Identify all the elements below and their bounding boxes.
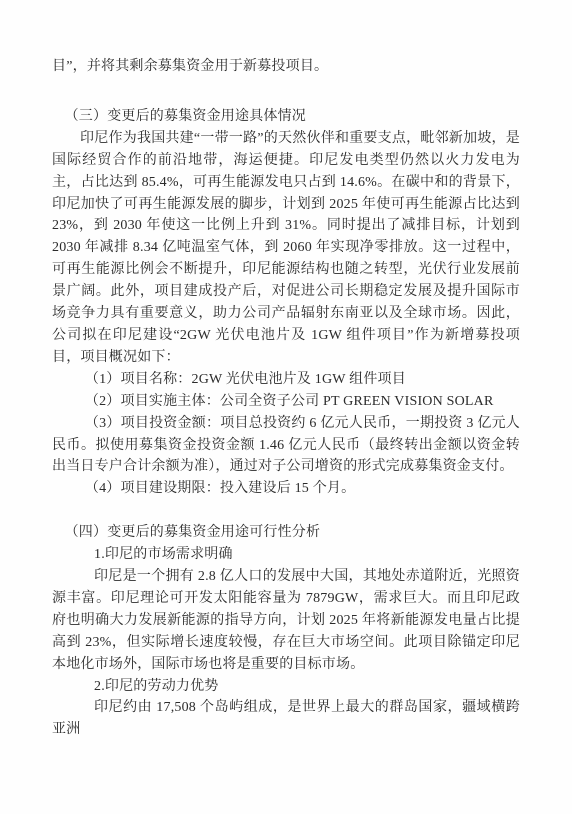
- section-3-body-paragraph: 印尼作为我国共建“一带一路”的天然伙伴和重要支点，毗邻新加坡，是国际经贸合作的前…: [52, 128, 520, 369]
- project-item-3-investment: （3）项目投资金额：项目总投资约 6 亿元人民币，一期投资 3 亿元人民币。拟使…: [52, 413, 520, 479]
- project-item-2-entity: （2）项目实施主体：公司全资子公司 PT GREEN VISION SOLAR: [52, 391, 520, 413]
- document-page: 目”，并将其剩余募集资金用于新募投项目。 （三）变更后的募集资金用途具体情况 印…: [0, 0, 572, 814]
- project-item-4-duration: （4）项目建设期限：投入建设后 15 个月。: [52, 478, 520, 500]
- subheading-labor-advantage: 2.印尼的劳动力优势: [52, 676, 520, 698]
- market-demand-body-paragraph: 印尼是一个拥有 2.8 亿人口的发展中大国，其地处赤道附近，光照资源丰富。印尼理…: [52, 566, 520, 676]
- labor-advantage-body-paragraph: 印尼约由 17,508 个岛屿组成，是世界上最大的群岛国家，疆域横跨亚洲: [52, 697, 520, 741]
- section-heading-3: （三）变更后的募集资金用途具体情况: [52, 106, 520, 128]
- paragraph-continuation: 目”，并将其剩余募集资金用于新募投项目。: [52, 56, 520, 78]
- subheading-market-demand: 1.印尼的市场需求明确: [52, 544, 520, 566]
- project-item-1-name: （1）项目名称：2GW 光伏电池片及 1GW 组件项目: [52, 369, 520, 391]
- document-content: 目”，并将其剩余募集资金用于新募投项目。 （三）变更后的募集资金用途具体情况 印…: [52, 56, 520, 741]
- section-heading-4: （四）变更后的募集资金用途可行性分析: [52, 522, 520, 544]
